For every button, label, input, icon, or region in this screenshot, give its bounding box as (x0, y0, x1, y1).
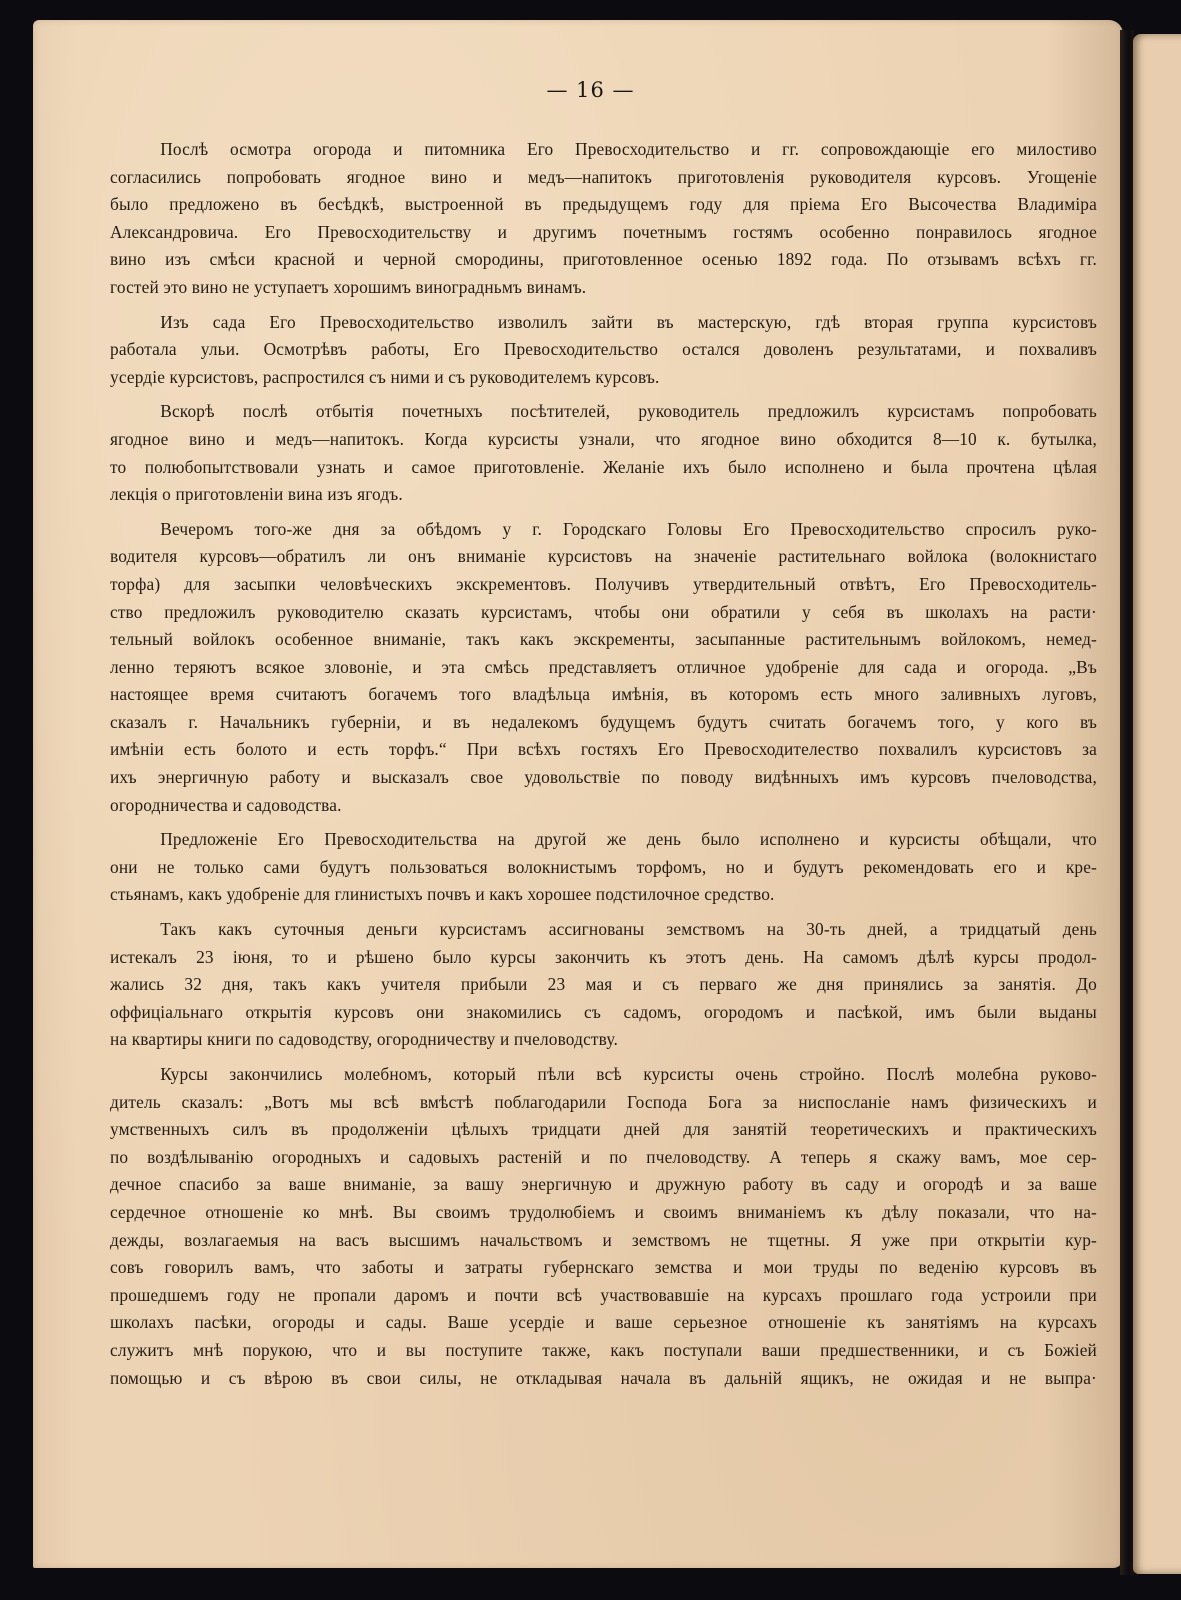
text-line: водителя курсовъ—обратилъ ли онъ внимані… (110, 543, 1097, 571)
adjacent-page-edge (1133, 34, 1181, 1574)
text-line: на квартиры книги по садоводству, огород… (110, 1026, 1097, 1054)
paragraph: Изъ сада Его Превосходительство изволилъ… (110, 309, 1112, 392)
text-line: школахъ пасѣки, огороды и сады. Ваше усе… (110, 1309, 1097, 1337)
text-line: настоящее время считаютъ богачемъ того в… (110, 681, 1097, 709)
text-line: Изъ сада Его Превосходительство изволилъ… (110, 309, 1097, 337)
text-line: согласились попробовать ягодное вино и м… (110, 164, 1097, 192)
text-line: ленно теряютъ всякое зловоніе, и эта смѣ… (110, 654, 1097, 682)
paragraph-spacing (110, 909, 1112, 916)
text-line: огородничества и садоводства. (110, 792, 1097, 820)
text-line: ство предложилъ руководителю сказать кур… (110, 599, 1097, 627)
text-line: стьянамъ, какъ удобреніе для глинистыхъ … (110, 881, 1097, 909)
text-line: Предложеніе Его Превосходительства на др… (110, 826, 1097, 854)
paragraph-spacing (110, 1054, 1112, 1061)
text-line: Вечеромъ того-же дня за обѣдомъ у г. Гор… (110, 516, 1097, 544)
text-line: вино изъ смѣси красной и черной смородин… (110, 246, 1097, 274)
paragraph-spacing (110, 391, 1112, 398)
text-line: истекалъ 23 іюня, то и рѣшено было курсы… (110, 944, 1097, 972)
scanned-book-spread: — 16 — Послѣ осмотра огорода и питомника… (0, 0, 1181, 1600)
text-line: оффиціальнаго открытія курсовъ они знако… (110, 999, 1097, 1027)
text-line: ягодное вино и медъ—напитокъ. Когда курс… (110, 426, 1097, 454)
text-line: служитъ мнѣ порукою, что и вы поступите … (110, 1337, 1097, 1365)
text-line: ихъ энергичную работу и высказалъ свое у… (110, 764, 1097, 792)
paragraph: Вечеромъ того-же дня за обѣдомъ у г. Гор… (110, 516, 1112, 820)
text-line: дитель сказалъ: „Вотъ мы всѣ вмѣстѣ побл… (110, 1089, 1097, 1117)
text-line: было предложено въ бесѣдкѣ, выстроенной … (110, 191, 1097, 219)
text-line: по воздѣлыванію огородныхъ и садовыхъ ра… (110, 1144, 1097, 1172)
text-line: Послѣ осмотра огорода и питомника Его Пр… (110, 136, 1097, 164)
text-line: сердечное отношеніе ко мнѣ. Вы своимъ тр… (110, 1199, 1097, 1227)
text-line: торфа) для засыпки человѣческихъ экскрем… (110, 571, 1097, 599)
text-line: Вскорѣ послѣ отбытія почетныхъ посѣтител… (110, 398, 1097, 426)
text-line: тельный войлокъ особенное вниманіе, такъ… (110, 626, 1097, 654)
text-line: то полюбопытствовали узнать и самое приг… (110, 454, 1097, 482)
text-line: умственныхъ силъ въ продолженіи цѣлыхъ т… (110, 1116, 1097, 1144)
text-line: прошедшемъ году не пропали даромъ и почт… (110, 1282, 1097, 1310)
text-line: лекція о приготовленіи вина изъ ягодъ. (110, 481, 1097, 509)
text-line: Курсы закончились молебномъ, который пѣл… (110, 1061, 1097, 1089)
text-line: гостей это вино не уступаетъ хорошимъ ви… (110, 274, 1097, 302)
text-line: сказалъ г. Начальникъ губерніи, и въ нед… (110, 709, 1097, 737)
paragraph: Курсы закончились молебномъ, который пѣл… (110, 1061, 1112, 1392)
paragraph-spacing (110, 819, 1112, 826)
text-line: Такъ какъ суточныя деньги курсистамъ асс… (110, 916, 1097, 944)
paragraph-spacing (110, 302, 1112, 309)
book-gutter (1120, 30, 1134, 1575)
text-line: дечное спасибо за ваше вниманіе, за вашу… (110, 1171, 1097, 1199)
page-number: — 16 — (0, 78, 1181, 102)
text-line: дежды, возлагаемыя на васъ высшимъ начал… (110, 1227, 1097, 1255)
paragraph: Вскорѣ послѣ отбытія почетныхъ посѣтител… (110, 398, 1112, 508)
text-line: усердіе курсистовъ, распростился съ ними… (110, 364, 1097, 392)
text-line: помощью и съ вѣрою въ свои силы, не откл… (110, 1365, 1097, 1393)
paragraph: Такъ какъ суточныя деньги курсистамъ асс… (110, 916, 1112, 1054)
paragraph: Предложеніе Его Превосходительства на др… (110, 826, 1112, 909)
paragraph: Послѣ осмотра огорода и питомника Его Пр… (110, 136, 1112, 302)
text-line: работала ульи. Осмотрѣвъ работы, Его Пре… (110, 336, 1097, 364)
text-line: имѣніи есть болото и есть торфъ.“ При вс… (110, 736, 1097, 764)
text-line: они не только сами будутъ пользоваться в… (110, 854, 1097, 882)
text-line: жались 32 дня, такъ какъ учителя прибыли… (110, 971, 1097, 999)
page-body-text: Послѣ осмотра огорода и питомника Его Пр… (110, 136, 1112, 1392)
paragraph-spacing (110, 509, 1112, 516)
text-line: совъ говорилъ вамъ, что заботы и затраты… (110, 1254, 1097, 1282)
text-line: Александровича. Его Превосходительству и… (110, 219, 1097, 247)
